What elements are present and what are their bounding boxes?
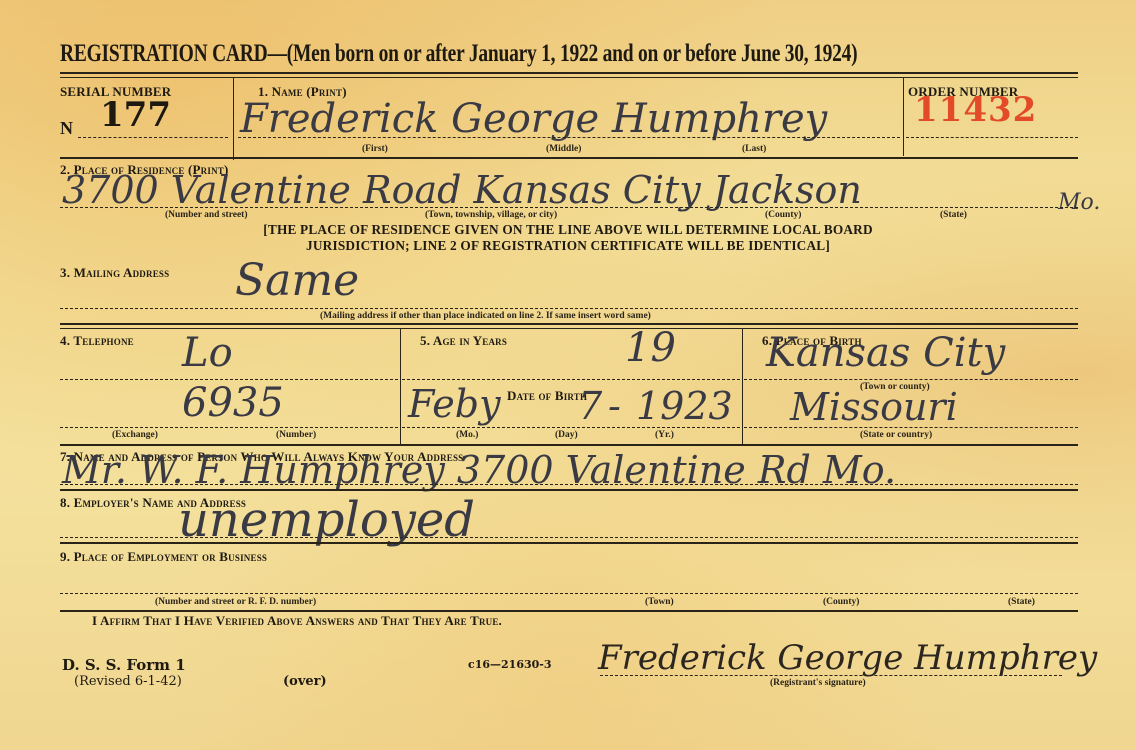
order-underline [906,137,1078,138]
row-rule [60,444,1078,446]
caption-town: (Town, township, village, or city) [425,210,557,220]
age-value: 19 [625,325,676,371]
birth-state-value: Missouri [790,385,958,429]
row-rule [60,610,1078,612]
contact-person-value: Mr. W. F. Humphrey 3700 Valentine Rd Mo. [62,448,896,492]
mailing-underline [60,308,1078,309]
caption-year: (Yr.) [655,430,674,440]
caption-exchange: (Exchange) [112,430,158,440]
row-rule [60,323,1078,325]
name-value: Frederick George Humphrey [240,96,827,142]
serial-number-value: 177 [100,95,171,135]
row-rule [60,157,1078,159]
print-code: c16—21630-3 [468,658,552,671]
divider [903,78,904,156]
caption-state: (State) [940,210,967,220]
caption-county: (County) [765,210,801,220]
caption-month: (Mo.) [456,430,478,440]
form-name: D. S. S. Form 1 [62,656,186,674]
dob-underline [402,427,740,428]
caption-middle: (Middle) [546,144,581,154]
row-rule [60,489,1078,491]
caption-street-rfd: (Number and street or R. F. D. number) [155,597,316,607]
row-rule [60,542,1078,544]
caption-state-or-country: (State or country) [860,430,932,440]
caption-last: (Last) [742,144,766,154]
residence-underline [60,207,1078,208]
mailing-address-value: Same [235,255,359,306]
form-revised: (Revised 6-1-42) [74,674,182,689]
contact-underline [60,484,1078,485]
date-of-birth-label: Date of Birth [507,388,587,404]
caption-town: (Town) [645,597,674,607]
serial-prefix: N [60,118,73,139]
telephone-label: 4. Telephone [60,333,134,349]
residence-state-value: Mo. [1058,190,1100,215]
divider [233,78,234,160]
employer-underline [60,537,1078,538]
mailing-address-label: 3. Mailing Address [60,265,169,281]
residence-value: 3700 Valentine Road Kansas City Jackson [62,168,862,212]
birth-town-underline [744,379,1078,380]
jurisdiction-notice-line1: [THE PLACE OF RESIDENCE GIVEN ON THE LIN… [28,223,1107,239]
jurisdiction-notice-line2: JURISDICTION; LINE 2 OF REGISTRATION CER… [28,239,1107,255]
mailing-caption: (Mailing address if other than place ind… [320,311,651,321]
age-label: 5. Age in Years [420,333,507,349]
dob-year-value: 1923 [636,384,733,428]
signature-underline [600,675,1062,676]
caption-state: (State) [1008,597,1035,607]
divider [400,329,401,446]
birth-town-value: Kansas City [766,330,1005,376]
top-rule [60,72,1078,74]
employment-place-label: 9. Place of Employment or Business [60,549,267,565]
caption-day: (Day) [555,430,578,440]
dob-separator: - [608,384,621,428]
birth-state-underline [744,427,1078,428]
serial-underline [78,137,228,138]
employment-place-underline [60,593,1078,594]
caption-number: (Number) [276,430,316,440]
over-note: (over) [283,674,327,689]
order-number-value: 11432 [914,90,1037,130]
caption-first: (First) [362,144,388,154]
registrant-signature: Frederick George Humphrey [598,638,1097,678]
card-title: REGISTRATION CARD—(Men born on or after … [60,40,857,68]
signature-caption: (Registrant's signature) [770,678,866,688]
divider [742,329,743,446]
registration-card: REGISTRATION CARD—(Men born on or after … [0,0,1136,750]
dob-day-value: 7 [578,384,602,428]
affirmation-text: I Affirm That I Have Verified Above Answ… [92,613,502,629]
dob-month-value: Feby [408,382,501,426]
age-underline [402,379,740,380]
top-rule-thin [60,77,1078,78]
telephone-number-value: 6935 [182,380,284,426]
employer-value: unemployed [178,492,475,548]
row-rule-thin [60,328,1078,329]
caption-number-street: (Number and street) [165,210,248,220]
telephone-underline-2 [60,427,398,428]
name-underline [238,137,900,138]
telephone-exchange-value: Lo [182,330,233,376]
caption-county: (County) [823,597,859,607]
